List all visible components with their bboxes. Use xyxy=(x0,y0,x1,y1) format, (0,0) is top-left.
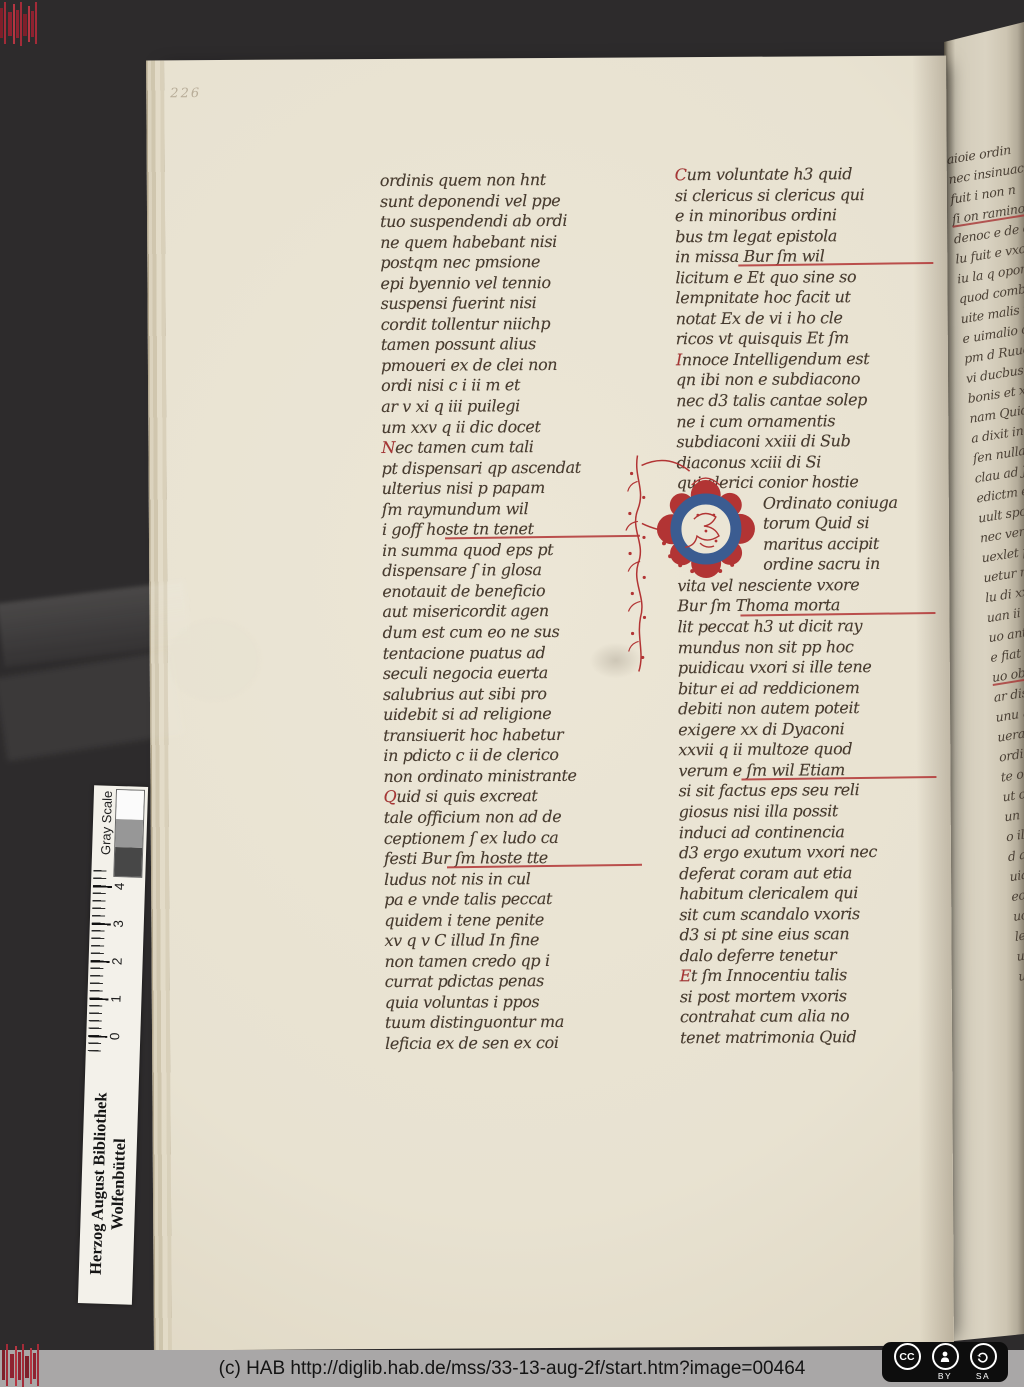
cc-license-badge: CC BY SA xyxy=(882,1342,1008,1382)
manuscript-text-line: ſm raymundum wil xyxy=(382,498,646,520)
gray-patch-dark xyxy=(114,847,142,877)
manuscript-text-line: tuum distinguontur ma xyxy=(385,1012,649,1034)
sa-label: SA xyxy=(976,1371,990,1381)
manuscript-text-line: Quid si quis excreat xyxy=(384,786,648,808)
manuscript-text-line: sunt deponendi vel ppe xyxy=(380,190,644,212)
manuscript-text-line: ricos vt quisquis Et ſm xyxy=(676,328,940,350)
calibration-stripes-top xyxy=(0,2,38,46)
manuscript-text-line: ne i cum ornamentis xyxy=(676,410,940,432)
manuscript-text-line: debiti non autem poteit xyxy=(678,698,942,720)
manuscript-text-line: nec d3 talis cantae solep xyxy=(676,390,940,412)
ruler-numbers: 01234 xyxy=(107,852,128,1040)
manuscript-text-line: pmoueri ex de clei non xyxy=(381,354,645,376)
manuscript-page: 226 ordinis quem non hntsunt deponendi v… xyxy=(146,56,954,1351)
manuscript-text-line: aut misericordit agen xyxy=(382,601,646,623)
cc-circle: CC xyxy=(894,1343,921,1370)
calibration-stripes-bottom xyxy=(2,1344,40,1387)
gray-patch-light xyxy=(116,790,144,820)
share-alike-arrow-icon xyxy=(970,1343,997,1370)
manuscript-text-line: pt dispensari qp ascendat xyxy=(382,457,646,479)
manuscript-text-line: tale officium non ad de xyxy=(384,806,648,828)
film-tab xyxy=(168,620,260,700)
manuscript-text-line: in summa quod eps pt xyxy=(382,539,646,561)
next-page-edge: aioie ordinnec insinuacfuit i non nſi on… xyxy=(944,22,1024,1344)
manuscript-text-line: in pdicto c ii de clerico xyxy=(383,745,647,767)
manuscript-text-line: quidem i tene penite xyxy=(384,909,648,931)
by-icon: BY xyxy=(930,1343,960,1381)
manuscript-text-line: quia voluntas i ppos xyxy=(385,991,649,1013)
manuscript-text-line: ulterius nisi p papam xyxy=(382,478,646,500)
manuscript-text-line: ne quem habebant nisi xyxy=(380,231,644,253)
sa-icon: SA xyxy=(968,1343,998,1381)
manuscript-text-line: giosus nisi illa possit xyxy=(679,801,943,823)
manuscript-text-line: dum est cum eo ne sus xyxy=(383,621,647,643)
manuscript-text-line: deferat coram aut etia xyxy=(679,862,943,884)
illuminated-initial xyxy=(613,451,764,682)
manuscript-text-line: licitum e Et quo sine so xyxy=(675,266,939,288)
manuscript-text-line: contrahat cum alia no xyxy=(680,1006,944,1028)
manuscript-text-line: habitum clericalem qui xyxy=(679,883,943,905)
manuscript-text-line: d3 si pt sine eius scan xyxy=(679,924,943,946)
manuscript-text-line: Et ſm Innocentiu talis xyxy=(680,965,944,987)
manuscript-text-line: non ordinato ministrante xyxy=(383,765,647,787)
manuscript-text-line: uidebit si ad religione xyxy=(383,704,647,726)
manuscript-text-line: leficia ex de sen ex coi xyxy=(385,1032,649,1054)
manuscript-text-line: subdiaconi xxiii di Sub xyxy=(676,431,940,453)
initial-letter-o xyxy=(676,499,736,559)
manuscript-text-line: festi Bur ſm hoste tte xyxy=(384,847,648,869)
manuscript-text-line: d3 ergo exutum vxori nec xyxy=(679,842,943,864)
manuscript-text-line: verum e ſm wil Etiam xyxy=(678,759,942,781)
manuscript-text-line: tenet matrimonia Quid xyxy=(680,1027,944,1049)
manuscript-text-line: suspensi fuerint nisi xyxy=(381,293,645,315)
manuscript-text-line: Innoce Intelligendum est xyxy=(676,349,940,371)
manuscript-text-line: ordinis quem non hnt xyxy=(380,169,644,191)
ruler-number: 2 xyxy=(110,927,126,965)
manuscript-text-line: ludus not nis in cul xyxy=(384,868,648,890)
ruler-number: 0 xyxy=(107,1002,123,1040)
manuscript-text-line: ar v xi q iii puilegi xyxy=(381,395,645,417)
manuscript-text-line: ordi nisi c i ii m et xyxy=(381,375,645,397)
manuscript-text-line: enotauit de beneficio xyxy=(382,580,646,602)
ruler-scale: 01234 xyxy=(85,877,145,1065)
manuscript-text-line: currat pdictas penas xyxy=(385,971,649,993)
person-icon xyxy=(932,1343,959,1370)
gray-scale-block: Gray Scale xyxy=(91,785,148,879)
manuscript-text-line: Cum voluntate h3 quid xyxy=(675,164,939,186)
manuscript-text-line: dispensare ſ in glosa xyxy=(382,560,646,582)
manuscript-text-line: non tamen credo qp i xyxy=(385,950,649,972)
gray-scale-label: Gray Scale xyxy=(98,790,115,855)
manuscript-text-line: postqm nec pmsione xyxy=(380,252,644,274)
manuscript-text-line: i goff hoste tn tenet xyxy=(382,519,646,541)
manuscript-text-line: lempnitate hoc facit ut xyxy=(675,287,939,309)
manuscript-text-line: salubrius aut sibi pro xyxy=(383,683,647,705)
manuscript-text-line: induci ad continencia xyxy=(679,821,943,843)
manuscript-text-line: tuo suspendendi ab ordi xyxy=(380,211,644,233)
library-label: Herzog August Bibliothek Wolfenbüttel xyxy=(78,1063,140,1305)
left-text-column: ordinis quem non hntsunt deponendi vel p… xyxy=(380,169,649,1054)
gray-patches xyxy=(113,789,145,878)
manuscript-text-line: transiuerit hoc habetur xyxy=(383,724,647,746)
gray-patch-mid xyxy=(115,819,143,849)
manuscript-text-line: sit cum scandalo vxoris xyxy=(679,903,943,925)
manuscript-text-line: si clericus si clericus qui xyxy=(675,184,939,206)
grayscale-ruler-strip: Herzog August Bibliothek Wolfenbüttel 01… xyxy=(78,785,148,1304)
ruler-number: 3 xyxy=(111,890,127,928)
manuscript-text-line: seculi negocia euerta xyxy=(383,663,647,685)
manuscript-text-line: bus tm legat epistola xyxy=(675,225,939,247)
manuscript-text-line: Nec tamen cum tali xyxy=(381,437,645,459)
caption-text: (c) HAB http://diglib.hab.de/mss/33-13-a… xyxy=(0,1350,1024,1387)
manuscript-text-line: um xxv q ii dic docet xyxy=(381,416,645,438)
manuscript-text-line: qn ibi non e subdiacono xyxy=(676,369,940,391)
manuscript-text-line: exigere xx di Dyaconi xyxy=(678,718,942,740)
ruler-number: 1 xyxy=(108,965,124,1003)
manuscript-text-line: in missa Bur ſm wil xyxy=(675,246,939,268)
cc-icon: CC xyxy=(892,1343,922,1381)
manuscript-text-line: si post mortem vxoris xyxy=(680,985,944,1007)
manuscript-text-line: e in minoribus ordini xyxy=(675,205,939,227)
manuscript-text-line: epi byennio vel tennio xyxy=(380,272,644,294)
folio-mark: 226 xyxy=(170,86,201,101)
manuscript-text-line: dalo deferre tenetur xyxy=(679,944,943,966)
next-page-text-column: aioie ordinnec insinuacfuit i non nſi on… xyxy=(946,125,1024,987)
manuscript-text-line: tentacione puatus ad xyxy=(383,642,647,664)
manuscript-text-line: notat Ex de vi i ho cle xyxy=(676,307,940,329)
manuscript-text-line: xxvii q ii multoze quod xyxy=(678,739,942,761)
manuscript-text-line: pa e vnde talis peccat xyxy=(384,889,648,911)
caption-bar: (c) HAB http://diglib.hab.de/mss/33-13-a… xyxy=(0,1350,1024,1387)
manuscript-text-line: ceptionem ſ ex ludo ca xyxy=(384,827,648,849)
manuscript-text-line: cordit tollentur niichp xyxy=(381,313,645,335)
manuscript-text-line: xv q v C illud In fine xyxy=(384,930,648,952)
by-label: BY xyxy=(938,1371,952,1381)
manuscript-text-line: si sit factus eps seu reli xyxy=(678,780,942,802)
manuscript-text-line: tamen possunt alius xyxy=(381,334,645,356)
